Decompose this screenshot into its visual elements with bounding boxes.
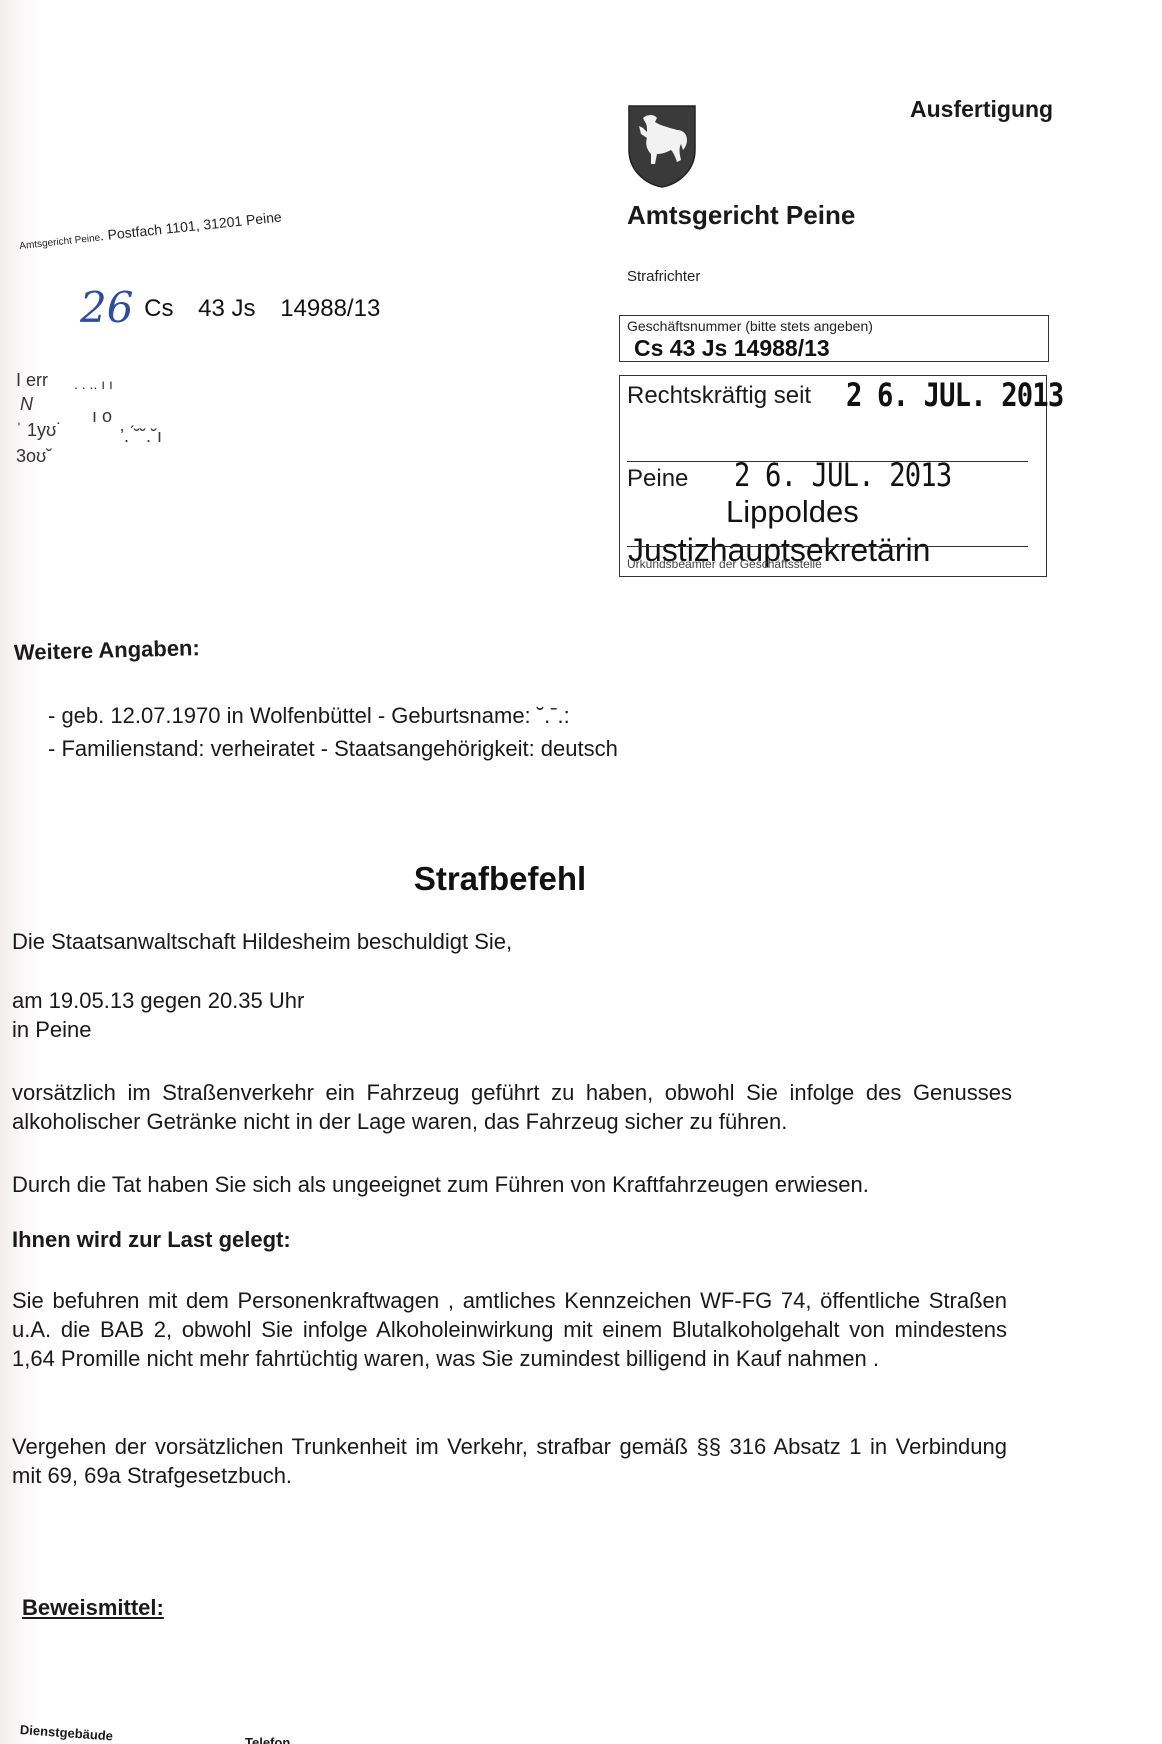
sender-court: Amtsgericht Peine: [19, 233, 101, 252]
case-ref-part: 43 Js: [198, 295, 255, 322]
case-number-label: Geschäftsnummer (bitte stets angeben): [627, 318, 873, 334]
charge-heading: Ihnen wird zur Last gelegt:: [12, 1227, 291, 1253]
address-fragment: ’. ́˘˘.˘ı: [120, 426, 162, 447]
legal-force-label: Rechtskräftig seit: [627, 382, 811, 410]
document-title: Strafbefehl: [0, 860, 1000, 898]
sender-return-address: Amtsgericht Peine. Postfach 1101, 31201 …: [18, 209, 282, 252]
birth-info-line: - geb. 12.07.1970 in Wolfenbüttel - Gebu…: [48, 703, 570, 729]
legal-force-box: Rechtskräftig seit 2 6. JUL. 2013 Peine …: [619, 375, 1047, 577]
offense-paragraph: Vergehen der vorsätzlichen Trunkenheit i…: [12, 1432, 1007, 1490]
address-fragment: . . .. ı ı: [74, 376, 113, 392]
legal-force-date-stamp: 2 6. JUL. 2013: [846, 376, 1063, 414]
case-ref-part: 14988/13: [280, 295, 380, 322]
address-fragment: 3oʊ˘: [16, 446, 52, 467]
evidence-heading: Beweismittel:: [22, 1595, 164, 1621]
handwritten-mark: 26: [80, 283, 133, 332]
recipient-address-redacted: I err . . .. ı ı N ı o ˈ 1yʊ˙ ’. ́˘˘.˘ı …: [16, 370, 216, 470]
place-date-stamp: 2 6. JUL. 2013: [734, 456, 951, 494]
case-number-box: Geschäftsnummer (bitte stets angeben) Cs…: [619, 315, 1049, 362]
address-fragment: I err: [16, 370, 48, 391]
further-details-heading: Weitere Angaben:: [14, 635, 200, 666]
signature-caption: Urkundsbeamter der Geschäftsstelle: [627, 557, 822, 571]
address-fragment: N: [20, 394, 33, 415]
address-fragment: ˈ 1yʊ˙: [16, 420, 62, 441]
charge-paragraph: Sie befuhren mit dem Personenkraftwagen …: [12, 1286, 1007, 1373]
offense-place: in Peine: [12, 1015, 304, 1044]
accusation-paragraph: vorsätzlich im Straßenverkehr ein Fahrze…: [12, 1078, 1012, 1136]
official-name-stamp: Lippoldes: [726, 494, 859, 530]
case-reference-left: 26 Cs 43 Js 14988/13: [80, 283, 380, 332]
sender-postbox: . Postfach 1101, 31201 Peine: [99, 209, 282, 244]
lower-saxony-crest-icon: [627, 104, 697, 188]
footer-phone: Telefon: [245, 1735, 290, 1744]
unfitness-paragraph: Durch die Tat haben Sie sich als ungeeig…: [12, 1170, 869, 1199]
time-place-paragraph: am 19.05.13 gegen 20.35 Uhr in Peine: [12, 986, 304, 1044]
address-fragment: ı o: [92, 406, 112, 427]
department: Strafrichter: [627, 268, 700, 285]
court-name: Amtsgericht Peine: [627, 200, 855, 231]
place-label: Peine: [627, 465, 688, 493]
case-number-value: Cs 43 Js 14988/13: [634, 335, 830, 362]
intro-paragraph: Die Staatsanwaltschaft Hildesheim beschu…: [12, 927, 512, 956]
case-ref-part: Cs: [144, 295, 173, 322]
status-info-line: - Familienstand: verheiratet - Staatsang…: [48, 736, 618, 762]
divider: [627, 546, 1028, 547]
offense-time: am 19.05.13 gegen 20.35 Uhr: [12, 986, 304, 1015]
copy-label: Ausfertigung: [910, 96, 1053, 123]
